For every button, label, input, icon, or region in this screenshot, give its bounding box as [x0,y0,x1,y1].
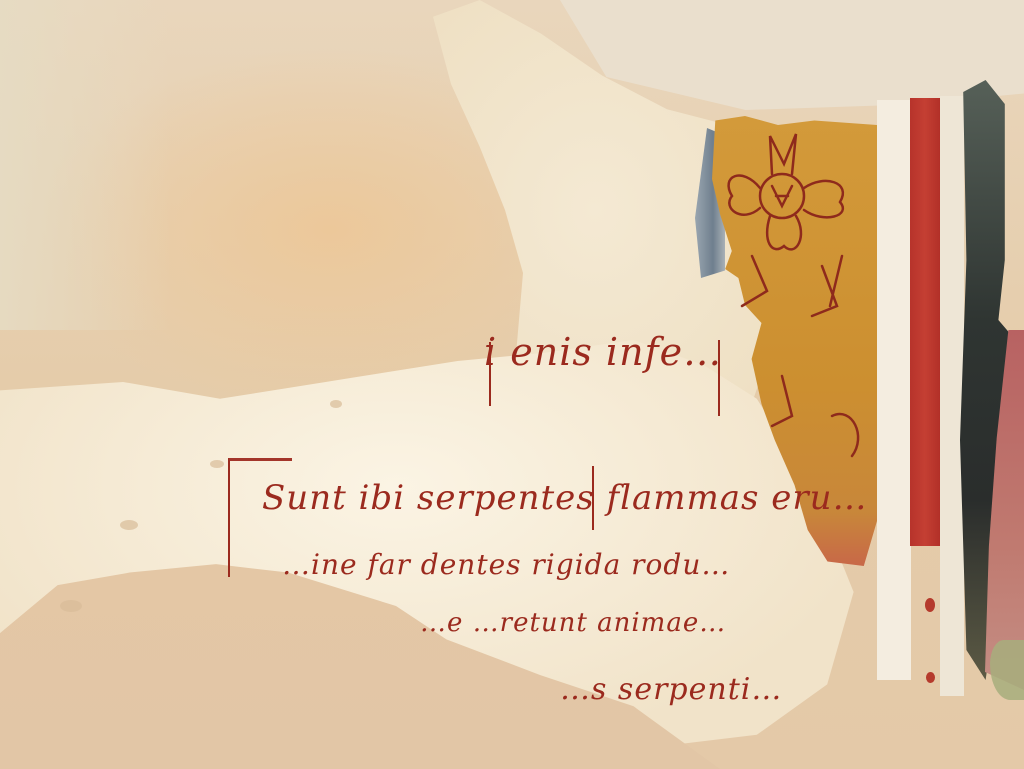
red-paint-drip [926,672,935,683]
white-border-band-2 [940,96,964,696]
inscription-line-2: Sunt ibi serpentes flammas eru… [262,478,868,518]
inscription-line-3: …ine far dentes rigida rodu… [282,548,730,581]
inscription-line-4: …e …retunt animae… [420,608,726,638]
red-paint-drip [925,598,935,612]
inscription-line-5: …s serpenti… [560,672,782,707]
plaster-loss-speck [60,600,82,612]
plaster-loss-speck [210,460,224,468]
inscription-line-1: i enis infe… [484,330,722,374]
fresco-photo: i enis infe… Sunt ibi serpentes flammas … [0,0,1024,769]
plaster-loss-speck [120,520,138,530]
plaster-weathering [0,0,170,330]
plaster-loss-speck [330,400,342,408]
red-border-stripe [910,98,940,546]
white-border-band [877,100,911,680]
